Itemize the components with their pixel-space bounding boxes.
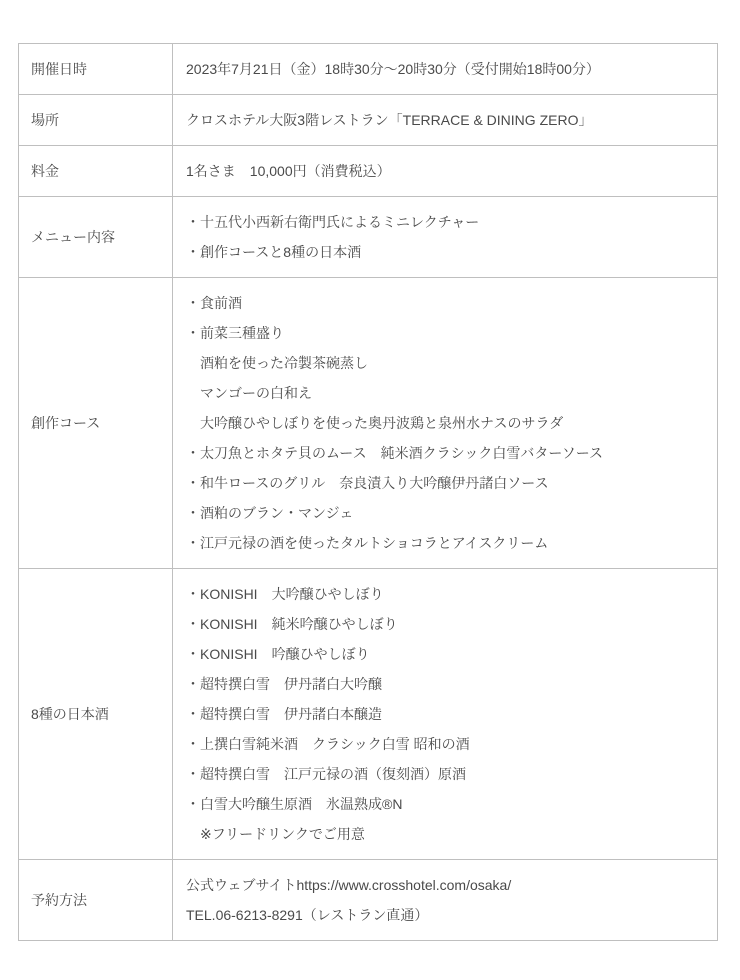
row-value: ・十五代小西新右衛門氏によるミニレクチャー・創作コースと8種の日本酒	[173, 197, 718, 278]
value-line: ・KONISHI 吟醸ひやしぼり	[186, 639, 707, 669]
row-value: 2023年7月21日（金）18時30分～20時30分（受付開始18時00分）	[173, 44, 718, 95]
value-line: 公式ウェブサイトhttps://www.crosshotel.com/osaka…	[186, 870, 707, 900]
page: 開催日時 2023年7月21日（金）18時30分～20時30分（受付開始18時0…	[0, 0, 740, 980]
table-row: 料金 1名さま 10,000円（消費税込）	[19, 146, 718, 197]
value-line: ※フリードリンクでご用意	[186, 819, 707, 849]
value-line: ・創作コースと8種の日本酒	[186, 237, 707, 267]
table-row: メニュー内容 ・十五代小西新右衛門氏によるミニレクチャー・創作コースと8種の日本…	[19, 197, 718, 278]
value-line: ・江戸元禄の酒を使ったタルトショコラとアイスクリーム	[186, 528, 707, 558]
table-row: 創作コース ・食前酒・前菜三種盛り 酒粕を使った冷製茶碗蒸し マンゴーの白和え …	[19, 278, 718, 569]
row-label: 予約方法	[19, 860, 173, 941]
event-info-table: 開催日時 2023年7月21日（金）18時30分～20時30分（受付開始18時0…	[18, 43, 718, 941]
row-value: クロスホテル大阪3階レストラン「TERRACE & DINING ZERO」	[173, 95, 718, 146]
row-value: 1名さま 10,000円（消費税込）	[173, 146, 718, 197]
value-line: ・十五代小西新右衛門氏によるミニレクチャー	[186, 207, 707, 237]
value-line: ・太刀魚とホタテ貝のムース 純米酒クラシック白雪バターソース	[186, 438, 707, 468]
value-line: ・超特撰白雪 伊丹諸白大吟醸	[186, 669, 707, 699]
row-label: 8種の日本酒	[19, 569, 173, 860]
table-row: 予約方法 公式ウェブサイトhttps://www.crosshotel.com/…	[19, 860, 718, 941]
row-label: 創作コース	[19, 278, 173, 569]
event-info-table-body: 開催日時 2023年7月21日（金）18時30分～20時30分（受付開始18時0…	[19, 44, 718, 941]
table-row: 8種の日本酒 ・KONISHI 大吟醸ひやしぼり・KONISHI 純米吟醸ひやし…	[19, 569, 718, 860]
row-label: 料金	[19, 146, 173, 197]
value-line: ・上撰白雪純米酒 クラシック白雪 昭和の酒	[186, 729, 707, 759]
value-line: ・KONISHI 大吟醸ひやしぼり	[186, 579, 707, 609]
value-line: 酒粕を使った冷製茶碗蒸し	[186, 348, 707, 378]
value-line: ・前菜三種盛り	[186, 318, 707, 348]
row-label: 開催日時	[19, 44, 173, 95]
row-value: 公式ウェブサイトhttps://www.crosshotel.com/osaka…	[173, 860, 718, 941]
value-line: ・白雪大吟醸生原酒 氷温熟成®N	[186, 789, 707, 819]
table-row: 場所 クロスホテル大阪3階レストラン「TERRACE & DINING ZERO…	[19, 95, 718, 146]
value-line: ・食前酒	[186, 288, 707, 318]
value-line: クロスホテル大阪3階レストラン「TERRACE & DINING ZERO」	[186, 105, 707, 135]
row-label: メニュー内容	[19, 197, 173, 278]
row-value: ・食前酒・前菜三種盛り 酒粕を使った冷製茶碗蒸し マンゴーの白和え 大吟醸ひやし…	[173, 278, 718, 569]
value-line: TEL.06-6213-8291（レストラン直通）	[186, 900, 707, 930]
value-line: ・KONISHI 純米吟醸ひやしぼり	[186, 609, 707, 639]
value-line: 大吟醸ひやしぼりを使った奥丹波鶏と泉州水ナスのサラダ	[186, 408, 707, 438]
row-label: 場所	[19, 95, 173, 146]
value-line: ・和牛ロースのグリル 奈良漬入り大吟醸伊丹諸白ソース	[186, 468, 707, 498]
table-row: 開催日時 2023年7月21日（金）18時30分～20時30分（受付開始18時0…	[19, 44, 718, 95]
value-line: 2023年7月21日（金）18時30分～20時30分（受付開始18時00分）	[186, 54, 707, 84]
row-value: ・KONISHI 大吟醸ひやしぼり・KONISHI 純米吟醸ひやしぼり・KONI…	[173, 569, 718, 860]
value-line: ・酒粕のブラン・マンジェ	[186, 498, 707, 528]
value-line: ・超特撰白雪 江戸元禄の酒（復刻酒）原酒	[186, 759, 707, 789]
value-line: 1名さま 10,000円（消費税込）	[186, 156, 707, 186]
value-line: マンゴーの白和え	[186, 378, 707, 408]
value-line: ・超特撰白雪 伊丹諸白本醸造	[186, 699, 707, 729]
